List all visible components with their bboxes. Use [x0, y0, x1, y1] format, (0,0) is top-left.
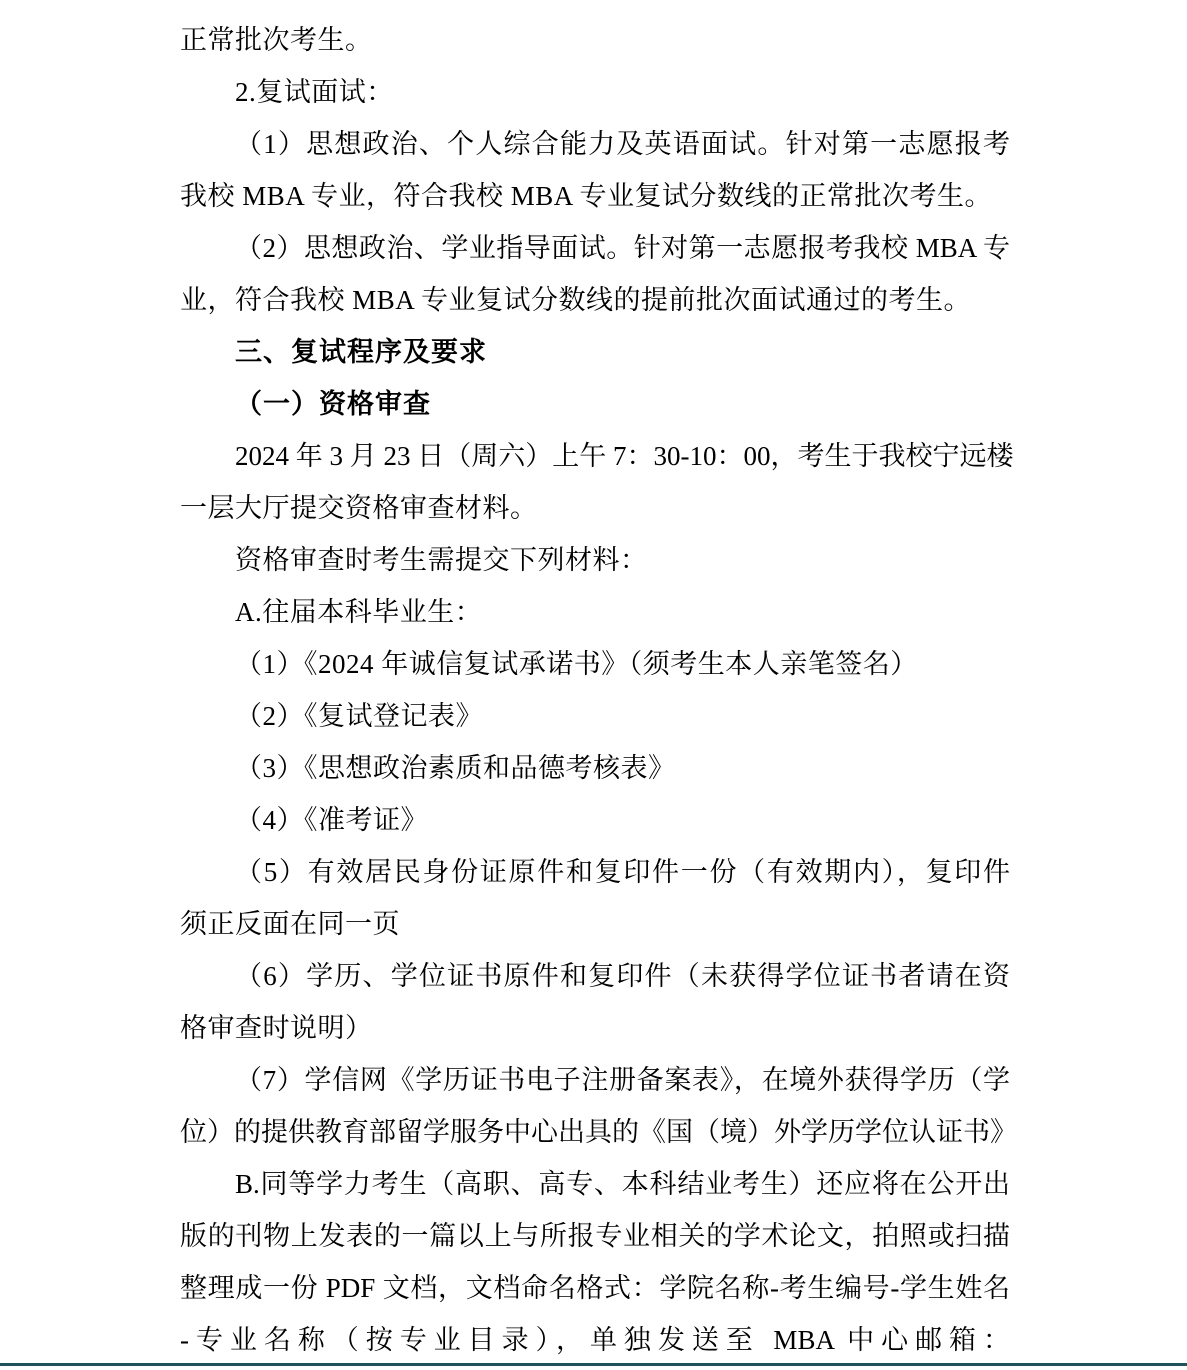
text-line: 业，符合我校 MBA 专业复试分数线的提前批次面试通过的考生。 [180, 274, 1010, 326]
text-line: A.往届本科毕业生： [180, 586, 1010, 638]
text-line: 整理成一份 PDF 文档，文档命名格式：学院名称-考生编号-学生姓名 [180, 1262, 1010, 1314]
text-line: 2024 年 3 月 23 日（周六）上午 7：30-10：00，考生于我校宁远… [180, 430, 1010, 482]
text-line: （5）有效居民身份证原件和复印件一份（有效期内），复印件 [180, 846, 1010, 898]
text-line: （3）《思想政治素质和品德考核表》 [180, 742, 1010, 794]
text-line: 2.复试面试： [180, 66, 1010, 118]
text-line: 我校 MBA 专业，符合我校 MBA 专业复试分数线的正常批次考生。 [180, 170, 1010, 222]
text-line: 须正反面在同一页 [180, 898, 1010, 950]
text-line: （7）学信网《学历证书电子注册备案表》，在境外获得学历（学 [180, 1054, 1010, 1106]
text-line: （2）思想政治、学业指导面试。针对第一志愿报考我校 MBA 专 [180, 222, 1010, 274]
text-line: （1）《2024 年诚信复试承诺书》（须考生本人亲笔签名） [180, 638, 1010, 690]
document-page: 正常批次考生。2.复试面试：（1）思想政治、个人综合能力及英语面试。针对第一志愿… [0, 0, 1187, 1370]
heading-line: 三、复试程序及要求 [180, 326, 1010, 378]
text-line: -专业名称（按专业目录），单独发送至 MBA 中心邮箱： [180, 1314, 1010, 1366]
heading-line: （一）资格审查 [180, 378, 1010, 430]
text-line: （1）思想政治、个人综合能力及英语面试。针对第一志愿报考 [180, 118, 1010, 170]
text-line: 位）的提供教育部留学服务中心出具的《国（境）外学历学位认证书》 [180, 1106, 1010, 1158]
document-text-block: 正常批次考生。2.复试面试：（1）思想政治、个人综合能力及英语面试。针对第一志愿… [180, 14, 1010, 1366]
text-line: （2）《复试登记表》 [180, 690, 1010, 742]
page-footer-rule [0, 1363, 1187, 1366]
text-line: 一层大厅提交资格审查材料。 [180, 482, 1010, 534]
text-line: 版的刊物上发表的一篇以上与所报专业相关的学术论文，拍照或扫描 [180, 1210, 1010, 1262]
text-line: （4）《准考证》 [180, 794, 1010, 846]
text-line: 正常批次考生。 [180, 14, 1010, 66]
text-line: （6）学历、学位证书原件和复印件（未获得学位证书者请在资 [180, 950, 1010, 1002]
text-line: B.同等学力考生（高职、高专、本科结业考生）还应将在公开出 [180, 1158, 1010, 1210]
text-line: 格审查时说明） [180, 1002, 1010, 1054]
text-line: 资格审查时考生需提交下列材料： [180, 534, 1010, 586]
